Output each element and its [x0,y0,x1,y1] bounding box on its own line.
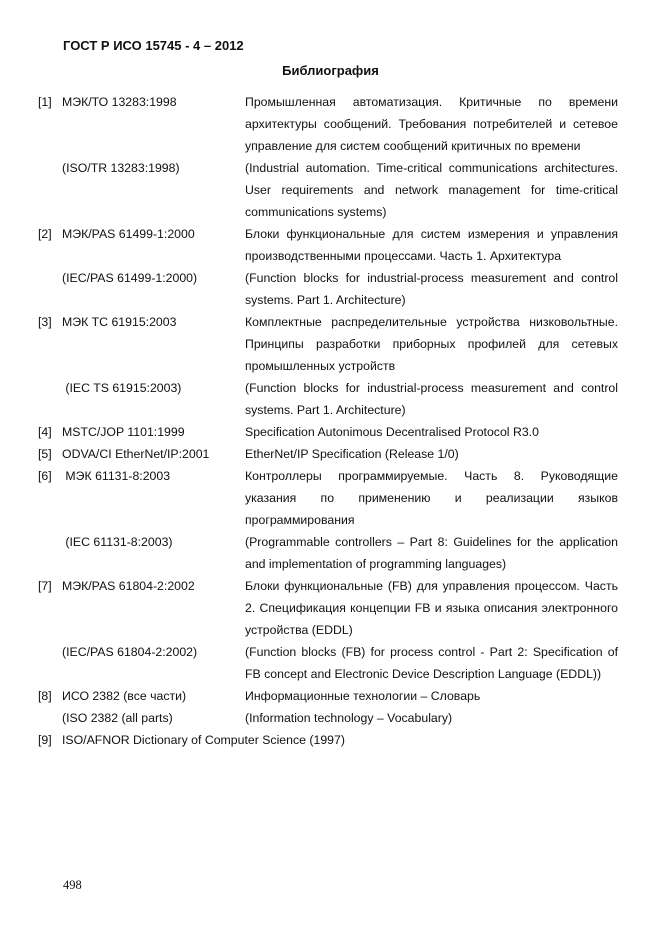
bibliography-entry: [2]МЭК/PAS 61499-1:2000 Блоки функционал… [38,223,618,267]
entry-number [38,641,62,663]
entry-description: Контроллеры программируемые. Часть 8. Ру… [245,465,618,531]
entry-number: [8] [38,685,62,707]
standard-code: (ISO/TR 13283:1998) [62,157,180,179]
bibliography-list: [1]МЭК/ТО 13283:1998 Промышленная автома… [38,91,618,751]
bibliography-entry: [1]МЭК/ТО 13283:1998 Промышленная автома… [38,91,618,157]
entry-description: Блоки функциональные (FB) для управления… [245,575,618,641]
entry-description: (Information technology – Vocabulary) [245,707,618,729]
reference-id: (IEC/PAS 61804-2:2002) [38,641,245,663]
entry-description: (Industrial automation. Time-critical co… [245,157,618,223]
reference-id: [2]МЭК/PAS 61499-1:2000 [38,223,245,245]
bibliography-entry: [3]МЭК ТС 61915:2003 Комплектные распред… [38,311,618,377]
entry-number: [1] [38,91,62,113]
entry-description: Промышленная автоматизация. Критичные по… [245,91,618,157]
bibliography-entry: [7]МЭК/PAS 61804-2:2002 Блоки функционал… [38,575,618,641]
standard-code: (ISO 2382 (all parts) [62,707,173,729]
entry-description: Информационные технологии – Словарь [245,685,618,707]
entry-description: Блоки функциональные для систем измерени… [245,223,618,267]
standard-code: МЭК ТС 61915:2003 [62,311,176,333]
entry-number: [3] [38,311,62,333]
entry-description: (Function blocks (FB) for process contro… [245,641,618,685]
entry-number: [4] [38,421,62,443]
bibliography-entry: [9]ISO/AFNOR Dictionary of Computer Scie… [38,729,618,751]
entry-number [38,267,62,289]
entry-number: [9] [38,729,62,751]
reference-id: [7]МЭК/PAS 61804-2:2002 [38,575,245,597]
bibliography-entry: [4]MSTC/JOP 1101:1999 Specification Auto… [38,421,618,443]
standard-code: (IEC TS 61915:2003) [62,377,181,399]
reference-id: (IEC 61131-8:2003) [38,531,245,553]
entry-number: [5] [38,443,62,465]
reference-id: [1]МЭК/ТО 13283:1998 [38,91,245,113]
document-code-header: ГОСТ Р ИСО 15745 - 4 – 2012 [63,38,244,53]
reference-id: (ISO/TR 13283:1998) [38,157,245,179]
entry-number [38,157,62,179]
bibliography-entry: (IEC TS 61915:2003) (Function blocks for… [38,377,618,421]
standard-code: (IEC/PAS 61499-1:2000) [62,267,197,289]
entry-number: [6] [38,465,62,487]
entry-number: [7] [38,575,62,597]
standard-code: MSTC/JOP 1101:1999 [62,421,185,443]
reference-id: (ISO 2382 (all parts) [38,707,245,729]
section-title-text: Библиография [282,63,379,78]
standard-code: МЭК/PAS 61804-2:2002 [62,575,195,597]
standard-code: ODVA/CI EtherNet/IP:2001 [62,443,209,465]
bibliography-entry: [5]ODVA/CI EtherNet/IP:2001 EtherNet/IP … [38,443,618,465]
standard-code: (IEC/PAS 61804-2:2002) [62,641,197,663]
entry-description: (Programmable controllers – Part 8: Guid… [245,531,618,575]
standard-code: (IEC 61131-8:2003) [62,531,173,553]
entry-number [38,707,62,729]
bibliography-entry: (ISO/TR 13283:1998) (Industrial automati… [38,157,618,223]
reference-id: (IEC/PAS 61499-1:2000) [38,267,245,289]
entry-number: [2] [38,223,62,245]
entry-description: ISO/AFNOR Dictionary of Computer Science… [62,729,345,751]
standard-code: МЭК 61131-8:2003 [62,465,170,487]
entry-number [38,377,62,399]
reference-id: [8]ИСО 2382 (все части) [38,685,245,707]
entry-number [38,531,62,553]
reference-id: (IEC TS 61915:2003) [38,377,245,399]
reference-id: [5]ODVA/CI EtherNet/IP:2001 [38,443,245,465]
reference-id: [4]MSTC/JOP 1101:1999 [38,421,245,443]
bibliography-entry: (IEC 61131-8:2003) (Programmable control… [38,531,618,575]
reference-id: [6] МЭК 61131-8:2003 [38,465,245,487]
standard-code: МЭК/ТО 13283:1998 [62,91,177,113]
page-number: 498 [63,878,82,893]
entry-description: (Function blocks for industrial-process … [245,267,618,311]
entry-description: (Function blocks for industrial-process … [245,377,618,421]
standard-code: МЭК/PAS 61499-1:2000 [62,223,195,245]
bibliography-entry: [6] МЭК 61131-8:2003 Контроллеры програм… [38,465,618,531]
bibliography-entry: (ISO 2382 (all parts) (Information techn… [38,707,618,729]
bibliography-entry: [8]ИСО 2382 (все части) Информационные т… [38,685,618,707]
reference-id: [3]МЭК ТС 61915:2003 [38,311,245,333]
entry-description: Комплектные распределительные устройства… [245,311,618,377]
standard-code: ИСО 2382 (все части) [62,685,186,707]
section-title: Библиография [0,63,661,78]
entry-description: EtherNet/IP Specification (Release 1/0) [245,443,618,465]
bibliography-entry: (IEC/PAS 61499-1:2000) (Function blocks … [38,267,618,311]
bibliography-entry: (IEC/PAS 61804-2:2002) (Function blocks … [38,641,618,685]
entry-description: Specification Autonimous Decentralised P… [245,421,618,443]
